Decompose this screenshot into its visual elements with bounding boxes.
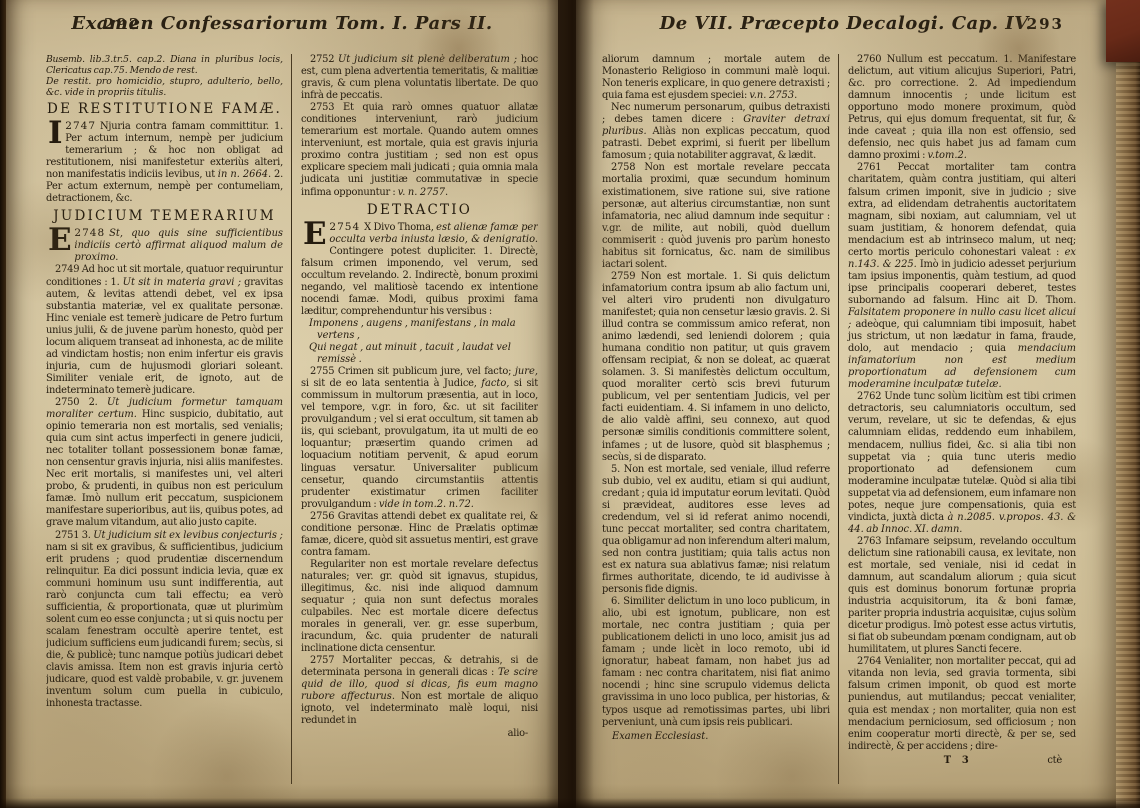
right-page-header: De VII. Præcepto Decalogi. Cap. IV. 293 (576, 0, 1116, 50)
text-block-catchword: alio- (301, 728, 538, 740)
paragraph-number: 2754 (329, 221, 364, 233)
left-page-number: 292 (104, 15, 141, 33)
right-page: De VII. Præcepto Decalogi. Cap. IV. 293 … (576, 0, 1116, 808)
text-block-heading: DETRACTIO (301, 202, 538, 219)
text-block-para: 5. Non est mortale, sed veniale, illud r… (602, 464, 830, 597)
catchword: ctè (1047, 755, 1076, 767)
book-spread: 292 Examen Confessariorum Tom. I. Pars I… (0, 0, 1140, 808)
paragraph-number: 2747 (65, 120, 100, 132)
text-block-para: 2761 Peccat mortaliter tam contra charit… (848, 162, 1076, 391)
text-block-verse: Imponens , augens , manifestans , in mal… (301, 318, 538, 342)
text-block-note: De restit. pro homicidio, stupro, adulte… (46, 76, 283, 98)
text-block-para: 2760 Nullum est peccatum. 1. Manifestare… (848, 54, 1076, 162)
right-page-columns: aliorum damnum ; mortale autem de Monast… (576, 50, 1116, 784)
text-block-signature: Examen Ecclesiast. (602, 731, 830, 743)
text-block-para: 2759 Non est mortale. 1. Si quis delictu… (602, 271, 830, 464)
text-block-para: Regulariter non est mortale revelare def… (301, 559, 538, 655)
drop-cap-initial: E (301, 221, 329, 247)
text-block-para: 2752 Ut judicium sit plenè deliberatum ;… (301, 54, 538, 102)
text-block-para: 2756 Gravitas attendi debet ex qualitate… (301, 511, 538, 559)
left-page-column-2: 2752 Ut judicium sit plenè deliberatum ;… (292, 54, 538, 784)
text-block-sigline: T 3ctè (848, 755, 1076, 767)
text-block-heading: DE RESTITUTIONE FAMÆ. (46, 101, 283, 118)
text-block-para: 2757 Mortaliter peccas, & detrahis, si d… (301, 655, 538, 727)
text-block-para: 6. Similiter delictum in uno loco public… (602, 596, 830, 729)
text-block-verse: Qui negat , aut minuit , tacuit , laudat… (301, 342, 538, 366)
right-page-column-2: 2760 Nullum est peccatum. 1. Manifestare… (839, 54, 1076, 784)
left-running-title: Examen Confessariorum Tom. I. Pars II. (6, 13, 558, 34)
paragraph-number: 2748 (74, 227, 109, 239)
cover-corner (1106, 0, 1140, 62)
drop-cap-initial: E (46, 227, 74, 253)
text-block-heading: JUDICIUM TEMERARIUM (46, 208, 283, 225)
text-block-para: 2749 Ad hoc ut sit mortale, quatuor requ… (46, 264, 283, 397)
text-block-para: Nec numerum personarum, quibus detraxist… (602, 102, 830, 162)
text-block-dropcap: 2748ESt, quo quis sine sufficientibus in… (46, 227, 283, 264)
left-page: 292 Examen Confessariorum Tom. I. Pars I… (6, 0, 558, 808)
text-block-note: Busemb. lib.3.tr.5. cap.2. Diana in plur… (46, 54, 283, 76)
text-block-para: 2755 Crimen sit publicum jure, vel facto… (301, 366, 538, 511)
left-page-column-1: Busemb. lib.3.tr.5. cap.2. Diana in plur… (46, 54, 283, 784)
page-fore-edge (1116, 0, 1140, 808)
text-block-para: 2753 Et quia rarò omnes quatuor allatæ c… (301, 102, 538, 198)
text-block-dropcap: 2754EX Divo Thoma, est alienæ famæ per o… (301, 221, 538, 318)
text-block-para: 2758 Non est mortale revelare peccata mo… (602, 162, 830, 270)
text-block-para: 2763 Infamare seipsum, revelando occultu… (848, 536, 1076, 656)
text-block-dropcap: 2747INjuria contra famam committitur. 1.… (46, 120, 283, 205)
gathering-signature: T 3 (944, 755, 973, 767)
text-block-para: 2750 2. Ut judicium formetur tamquam mor… (46, 397, 283, 530)
left-page-header: 292 Examen Confessariorum Tom. I. Pars I… (6, 0, 558, 50)
right-page-column-1: aliorum damnum ; mortale autem de Monast… (602, 54, 830, 784)
text-block-para: 2762 Unde tunc solùm licitùm est tibi cr… (848, 391, 1076, 536)
text-block-para: 2764 Venialiter, non mortaliter peccat, … (848, 656, 1076, 752)
text-block-cont: aliorum damnum ; mortale autem de Monast… (602, 54, 830, 102)
left-binding-edge (0, 0, 6, 808)
left-page-columns: Busemb. lib.3.tr.5. cap.2. Diana in plur… (6, 50, 558, 784)
drop-cap-initial: I (46, 120, 65, 146)
right-page-number: 293 (1027, 15, 1064, 33)
text-block-para: 2751 3. Ut judicium sit ex levibus conje… (46, 530, 283, 711)
